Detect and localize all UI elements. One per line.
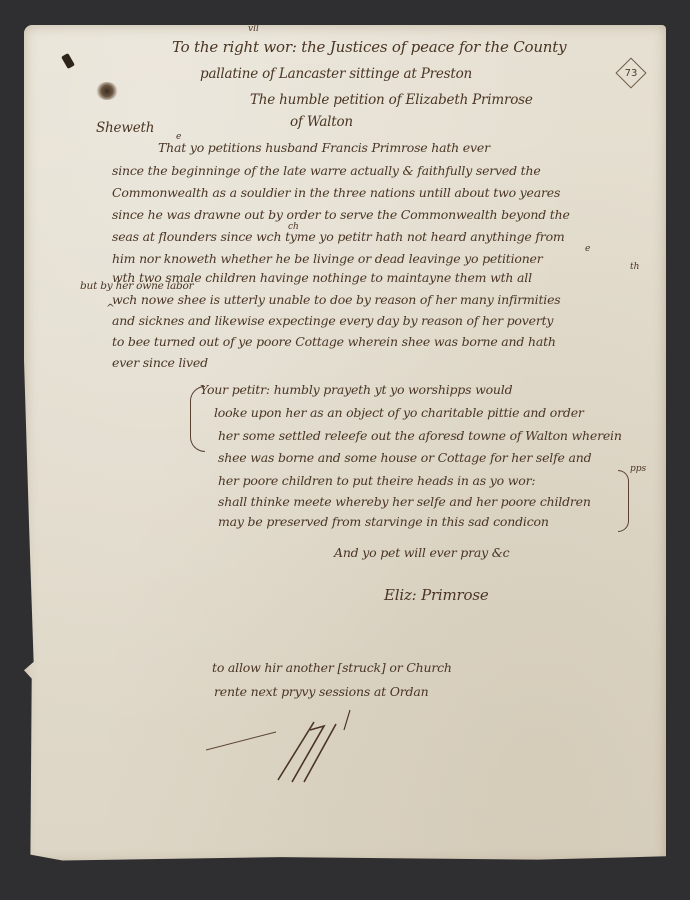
body-line: That yo petitions husband Francis Primro… [158, 140, 490, 155]
prayer-line: may be preserved from starvinge in this … [218, 514, 549, 529]
signature-flourish-icon [206, 700, 406, 800]
marginal-note: but by her owne labor [80, 280, 193, 292]
body-line: wch nowe shee is utterly unable to doe b… [112, 292, 561, 307]
address-superscript: vll [248, 24, 259, 34]
ink-stain [96, 82, 118, 100]
body-line: and sicknes and likewise expectinge ever… [112, 313, 553, 328]
prayer-line: shall thinke meete whereby her selfe and… [218, 494, 591, 509]
superscript: e [176, 132, 181, 142]
insertion-caret: ^ [106, 302, 115, 314]
petition-title-place: of Walton [290, 114, 353, 130]
superscript: ch [288, 222, 299, 232]
body-line: since the beginninge of the late warre a… [112, 163, 541, 178]
address-line-2: pallatine of Lancaster sittinge at Prest… [200, 66, 472, 82]
court-order-line-1: to allow hir another [struck] or Church [212, 660, 452, 675]
petitioner-signature: Eliz: Primrose [384, 586, 489, 604]
superscript: th [630, 262, 639, 272]
prayer-line: her poore children to put theire heads i… [218, 473, 535, 488]
body-line: to bee turned out of ye poore Cottage wh… [112, 334, 556, 349]
petition-title: The humble petition of Elizabeth Primros… [250, 92, 533, 108]
body-line: seas at flounders since wch tyme yo peti… [112, 229, 565, 244]
prayer-line: Your petitr: humbly prayeth yt yo worshi… [200, 382, 512, 397]
court-order-line-2: rente next pryvy sessions at Ordan [214, 684, 428, 699]
prayer-line: her some settled releefe out the aforesd… [218, 428, 622, 443]
body-line: him nor knoweth whether he be livinge or… [112, 251, 543, 266]
body-line: Commonwealth as a souldier in the three … [112, 185, 560, 200]
address-line-1: To the right wor: the Justices of peace … [172, 38, 566, 56]
body-line: since he was drawne out by order to serv… [112, 207, 570, 222]
prayer-bracket-right [618, 470, 629, 532]
body-line: ever since lived [112, 355, 208, 370]
sheweth-heading: Sheweth [96, 120, 154, 136]
prayer-line: shee was borne and some house or Cottage… [218, 450, 591, 465]
superscript: pps [630, 464, 646, 474]
superscript: e [585, 244, 590, 254]
closing-formula: And yo pet will ever pray &c [334, 545, 509, 560]
prayer-line: looke upon her as an object of yo charit… [214, 405, 584, 420]
